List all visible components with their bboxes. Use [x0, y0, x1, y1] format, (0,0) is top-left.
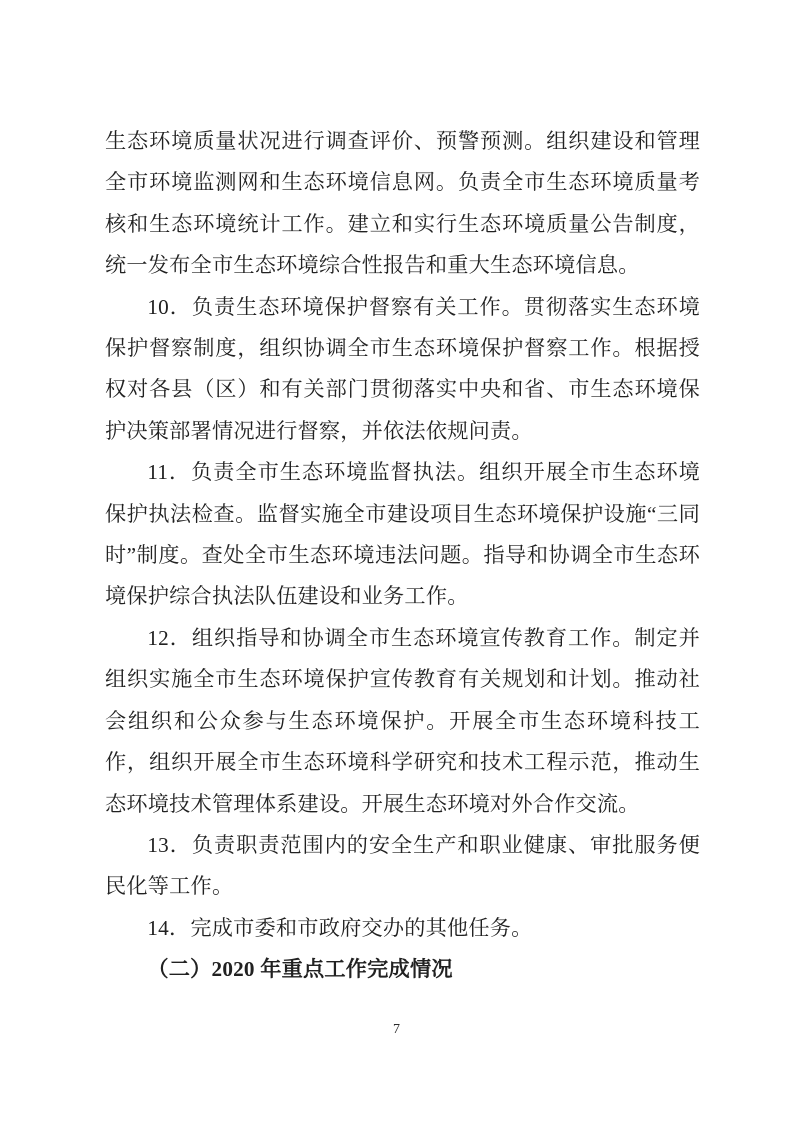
document-page: 生态环境质量状况进行调查评价、预警预测。组织建设和管理全市环境监测网和生态环境信… — [0, 0, 793, 1122]
section-heading: （二）2020 年重点工作完成情况 — [105, 949, 700, 990]
paragraph-duty-12: 12．组织指导和协调全市生态环境宣传教育工作。制定并组织实施全市生态环境保护宣传… — [105, 618, 700, 825]
page-number: 7 — [0, 1019, 793, 1041]
paragraph-continuation: 生态环境质量状况进行调查评价、预警预测。组织建设和管理全市环境监测网和生态环境信… — [105, 121, 700, 287]
paragraph-duty-11: 11．负责全市生态环境监督执法。组织开展全市生态环境保护执法检查。监督实施全市建… — [105, 452, 700, 618]
paragraph-duty-14: 14．完成市委和市政府交办的其他任务。 — [105, 908, 700, 949]
paragraph-duty-13: 13．负责职责范围内的安全生产和职业健康、审批服务便民化等工作。 — [105, 825, 700, 908]
paragraph-duty-10: 10．负责生态环境保护督察有关工作。贯彻落实生态环境保护督察制度，组织协调全市生… — [105, 287, 700, 453]
document-body: 生态环境质量状况进行调查评价、预警预测。组织建设和管理全市环境监测网和生态环境信… — [105, 121, 700, 991]
